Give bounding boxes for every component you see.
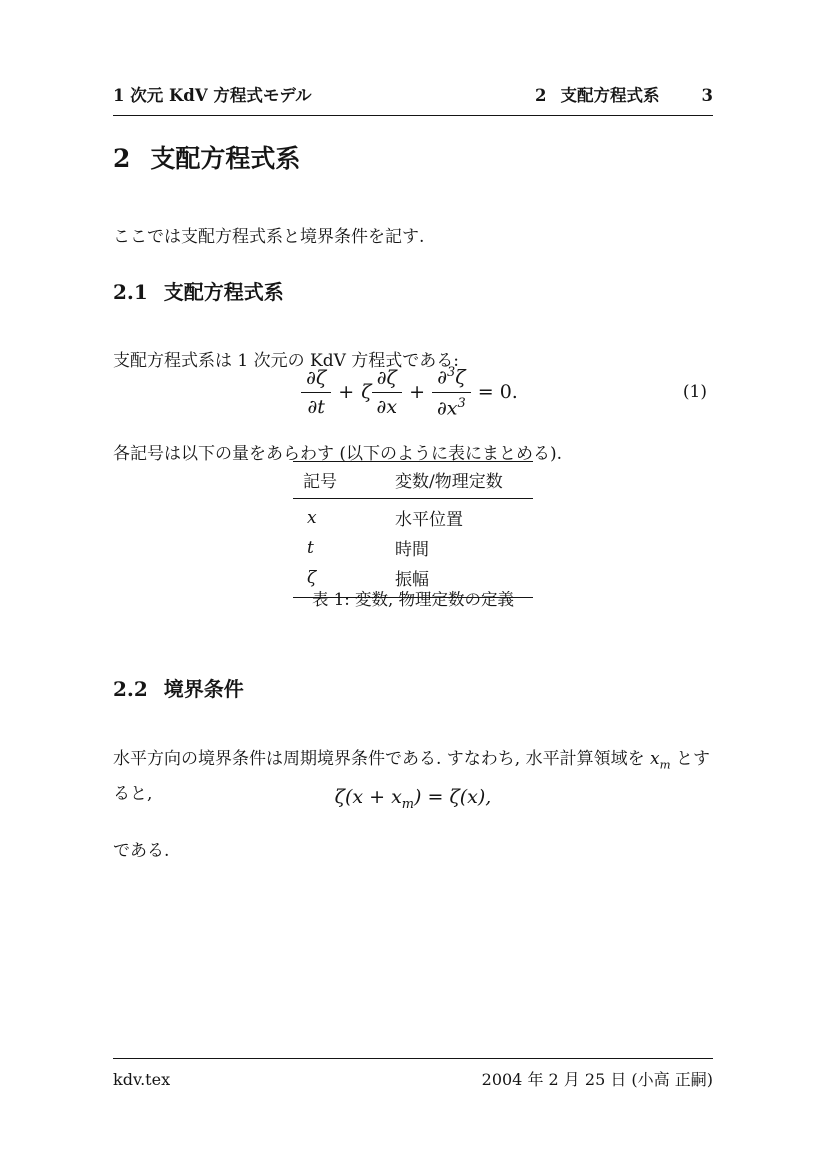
table-row: x 水平位置 <box>293 499 533 533</box>
header-section-number: 2 <box>535 86 546 105</box>
plus-operator: + <box>409 381 425 403</box>
subsection-2-1-heading: 2.1支配方程式系 <box>113 276 284 305</box>
section-2-heading: 2支配方程式系 <box>113 139 300 175</box>
variables-table: 記号 変数/物理定数 x 水平位置 t 時間 ζ 振幅 <box>293 461 533 598</box>
footer-date-author: 2004 年 2 月 25 日 (小高 正嗣) <box>482 1067 713 1090</box>
running-header: 1 次元 KdV 方程式モデル 2 支配方程式系 3 <box>113 82 713 116</box>
intro-paragraph: ここでは支配方程式系と境界条件を記す. <box>113 222 715 252</box>
subsection-2-1-number: 2.1 <box>113 280 148 304</box>
table-row: t 時間 <box>293 533 533 563</box>
variables-table-wrap: 記号 変数/物理定数 x 水平位置 t 時間 ζ 振幅 <box>113 461 713 598</box>
quantity-cell: 水平位置 <box>385 499 533 533</box>
xm-variable: xm <box>650 749 671 769</box>
kdv-equation: ∂ζ ∂t + ζ ∂ζ ∂x + ∂3ζ ∂x3 = 0. (1) <box>113 358 713 426</box>
fraction-dzeta-dt: ∂ζ ∂t <box>301 367 331 418</box>
zeta-coefficient: ζ <box>361 381 371 403</box>
section-2-number: 2 <box>113 144 130 173</box>
periodic-boundary-equation: ζ(x + xm) = ζ(x), <box>113 782 713 816</box>
subsection-2-2-number: 2.2 <box>113 677 148 701</box>
symbol-cell: t <box>293 533 385 563</box>
equals-zero: = 0. <box>478 381 518 403</box>
header-section-title: 支配方程式系 <box>561 82 660 106</box>
table-header-row: 記号 変数/物理定数 <box>293 462 533 499</box>
subsection-2-1-title: 支配方程式系 <box>164 280 284 304</box>
closing-paragraph: である. <box>113 836 715 866</box>
table-caption: 表 1: 変数, 物理定数の定義 <box>0 586 826 610</box>
plus-operator: + <box>338 381 354 403</box>
page-number: 3 <box>702 86 713 105</box>
subsection-2-2-title: 境界条件 <box>164 677 244 701</box>
header-right: 2 支配方程式系 3 <box>535 82 713 106</box>
quantity-cell: 時間 <box>385 533 533 563</box>
subsection-2-2-heading: 2.2境界条件 <box>113 673 244 702</box>
section-2-title: 支配方程式系 <box>150 144 300 173</box>
column-header-quantity: 変数/物理定数 <box>385 462 533 499</box>
header-left-title: 1 次元 KdV 方程式モデル <box>113 82 312 106</box>
page-footer: kdv.tex 2004 年 2 月 25 日 (小高 正嗣) <box>113 1058 713 1090</box>
document-page: 1 次元 KdV 方程式モデル 2 支配方程式系 3 2支配方程式系 ここでは支… <box>0 0 826 1169</box>
column-header-symbol: 記号 <box>293 462 385 499</box>
fraction-dzeta-dx: ∂ζ ∂x <box>372 367 403 418</box>
fraction-d3zeta-dx3: ∂3ζ ∂x3 <box>432 365 471 419</box>
symbol-cell: x <box>293 499 385 533</box>
footer-filename: kdv.tex <box>113 1070 170 1089</box>
equation-number: (1) <box>683 382 707 402</box>
